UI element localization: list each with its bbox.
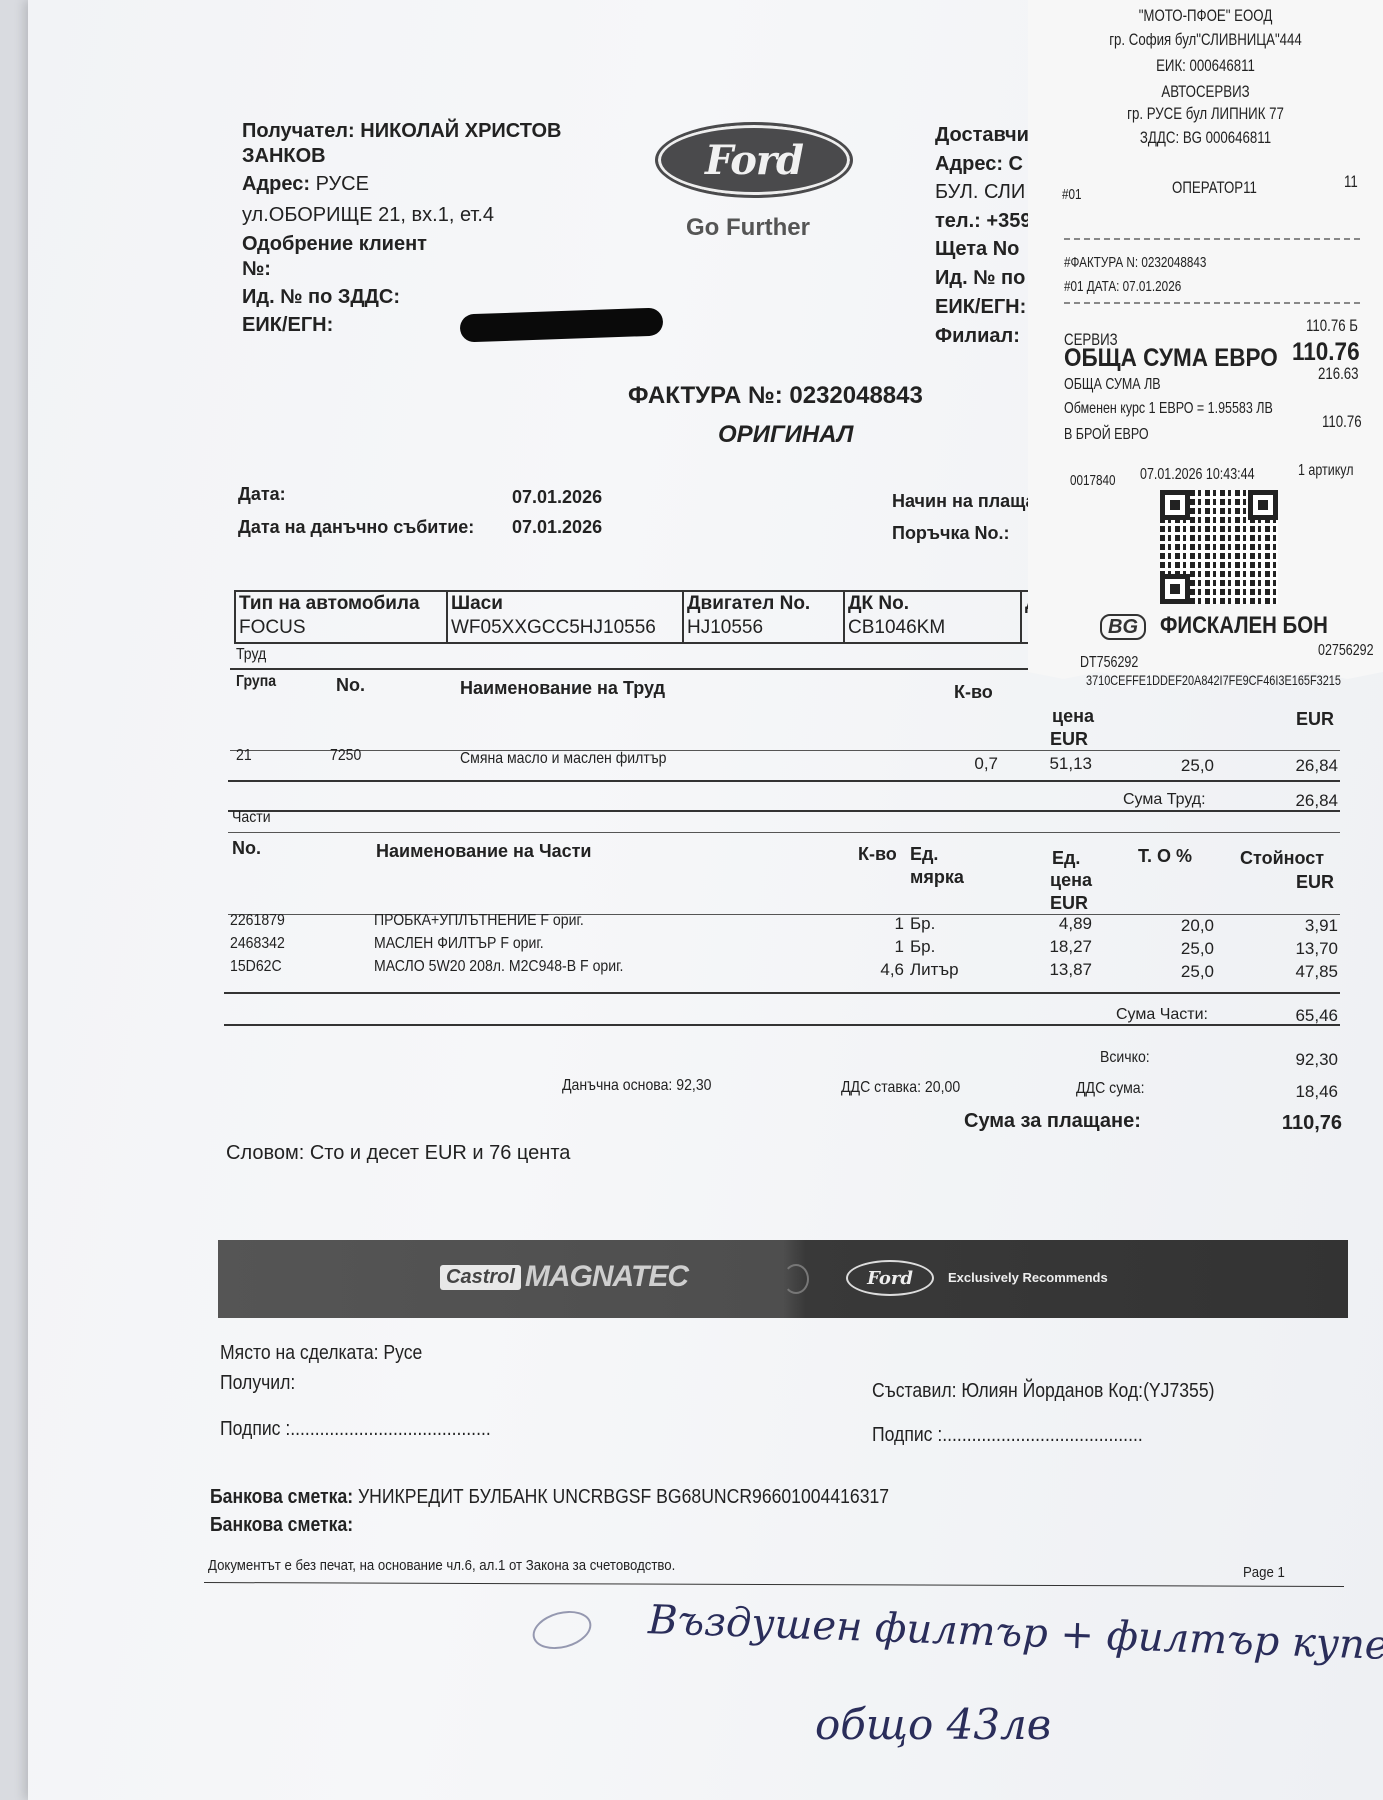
all-total-label: Всичко: — [1100, 1049, 1150, 1067]
parts-row-unit: Литър — [910, 960, 959, 980]
vat-rate-value: 20,00 — [925, 1079, 960, 1096]
registration-header: ДК No. — [848, 593, 1017, 615]
vat-amount-label: ДДС сума: — [1076, 1080, 1145, 1098]
receipt-shop: АВТОСЕРВИЗ — [1067, 82, 1344, 102]
qr-finder — [1248, 490, 1278, 520]
castrol-magnatec-logo: Castrol MAGNATEC — [440, 1262, 688, 1292]
labor-header-no: No. — [336, 675, 365, 696]
supplier-branch-label: Филиал: — [935, 325, 1020, 348]
engine-header: Двигател No. — [687, 593, 840, 615]
divider — [230, 750, 1340, 751]
receipt-total-bgn: 216.63 — [1318, 364, 1359, 384]
labor-header-group: Група — [236, 673, 276, 691]
castrol-logo: Castrol — [440, 1265, 521, 1290]
parts-row-discount: 25,0 — [1140, 939, 1214, 959]
recipient-name-label: Получател: — [242, 120, 355, 142]
receipt-company-address: гр. София бул"СЛИВНИЦА"444 — [1067, 30, 1344, 50]
parts-header-unit-2: мярка — [910, 867, 964, 888]
tax-event-label: Дата на данъчно събитие: — [238, 517, 474, 538]
receipt-shop-address: гр. РУСЕ бул ЛИПНИК 77 — [1067, 104, 1344, 124]
receipt-total-eur: 110.76 — [1292, 338, 1360, 367]
receipt-fiscal-label: ФИСКАЛЕН БОН — [1160, 612, 1328, 640]
parts-row-discount: 25,0 — [1140, 962, 1214, 982]
bank-account-1: Банкова сметка: УНИКРЕДИТ БУЛБАНК UNCRBG… — [210, 1486, 889, 1509]
recipient-name-value: НИКОЛАЙ ХРИСТОВ — [360, 120, 561, 142]
banner-tagline: Exclusively Recommends — [948, 1270, 1108, 1285]
recipient-name-line1: Получател: НИКОЛАЙ ХРИСТОВ — [242, 120, 561, 143]
supplier-address-label: Адрес: С — [935, 153, 1023, 176]
recipient-address: Адрес: РУСЕ — [242, 173, 369, 196]
receipt-divider — [1064, 238, 1360, 240]
tax-base-label: Данъчна основа: — [562, 1077, 672, 1094]
bank-account-label: Банкова сметка: — [210, 1486, 353, 1508]
labor-row-group: 21 — [236, 747, 252, 765]
labor-row-unit-price: 51,13 — [1030, 754, 1092, 774]
labor-row-discount: 25,0 — [1140, 756, 1214, 776]
parts-header-value-2: EUR — [1296, 872, 1334, 893]
supplier-phone: тел.: +359 — [935, 210, 1031, 233]
labor-row-no: 7250 — [330, 747, 361, 765]
parts-row-unit: Бр. — [910, 937, 935, 957]
signature-left: Подпис :................................… — [220, 1418, 491, 1441]
receipt-device-id: DT756292 — [1080, 654, 1138, 672]
date-label: Дата: — [238, 484, 286, 505]
parts-header-discount: Т. О % — [1138, 846, 1192, 867]
tax-base: Данъчна основа: 92,30 — [562, 1077, 712, 1095]
supplier-label: Доставчи — [935, 124, 1029, 147]
vehicle-engine-cell: Двигател No. HJ10556 — [684, 592, 845, 642]
parts-total-label: Сума Части: — [1116, 1006, 1208, 1024]
handwritten-note-line2: общо 43лв — [815, 1700, 1051, 1749]
receipt-company: "МОТО-ПФОЕ" ЕООД — [1067, 6, 1344, 26]
parts-header-qty: К-во — [858, 844, 897, 865]
receipt-service-amount: 110.76 Б — [1306, 316, 1358, 336]
divider — [224, 992, 1340, 994]
parts-row-value: 3,91 — [1250, 916, 1338, 936]
parts-section-label: Части — [232, 809, 271, 827]
receipt-cash-amount: 110.76 — [1322, 412, 1362, 432]
qr-code — [1160, 490, 1278, 604]
vehicle-type-cell: Тип на автомобила FOCUS — [236, 592, 448, 642]
parts-header-name: Наименование на Части — [376, 841, 592, 862]
recipient-street: ул.ОБОРИЩЕ 21, вх.1, ет.4 — [242, 204, 494, 227]
all-total-value: 92,30 — [1250, 1050, 1338, 1070]
ford-small-logo-text: Ford — [867, 1268, 913, 1289]
castrol-ford-banner: Castrol MAGNATEC Ford Exclusively Recomm… — [218, 1240, 1348, 1318]
parts-row-unit: Бр. — [910, 914, 935, 934]
parts-header-no: No. — [232, 838, 261, 859]
labor-row-value: 26,84 — [1250, 756, 1338, 776]
tax-event-date: 07.01.2026 — [512, 517, 602, 538]
place-of-transaction: Място на сделката: Русе — [220, 1342, 422, 1365]
receipt-fiscal-memory: 02756292 — [1318, 642, 1374, 660]
approval-label: Одобрение клиент — [242, 233, 427, 256]
parts-row-name: МАСЛО 5W20 208л. M2C948-B F ориг. — [374, 958, 623, 976]
ford-small-logo: Ford — [846, 1260, 934, 1296]
qr-finder — [1160, 490, 1190, 520]
divider — [228, 810, 1340, 812]
vehicle-type-value: FOCUS — [239, 617, 443, 639]
amount-due-value: 110,76 — [1230, 1112, 1342, 1135]
recipient-name-line2: ЗАНКОВ — [242, 145, 326, 168]
parts-header-price-2: цена — [1050, 870, 1092, 891]
vat-amount-value: 18,46 — [1250, 1082, 1338, 1102]
vat-rate-label: ДДС ставка: — [841, 1079, 921, 1096]
date-value: 07.01.2026 — [512, 487, 602, 508]
receipt-eik: ЕИК: 000646811 — [1067, 56, 1344, 76]
parts-row-unit-price: 18,27 — [1030, 937, 1092, 957]
parts-row-qty: 1 — [848, 914, 904, 934]
supplier-vat-label: Ид. № по — [935, 267, 1025, 290]
divider — [224, 1024, 1340, 1026]
vehicle-registration-cell: ДК No. CB1046KM — [845, 592, 1022, 642]
receipt-date-line: #01 ДАТА: 07.01.2026 — [1064, 278, 1181, 295]
parts-row-value: 47,85 — [1250, 962, 1338, 982]
receipt-hash: 3710CEFFE1DDEF20A842I7FE9CF46I3E165F3215 — [1086, 672, 1341, 688]
parts-row-qty: 4,6 — [848, 960, 904, 980]
receipt-datetime: 07.01.2026 10:43:44 — [1140, 466, 1255, 484]
receipt-vat: ЗДДС: BG 000646811 — [1067, 128, 1344, 148]
labor-total-label: Сума Труд: — [1123, 791, 1206, 809]
registration-value: CB1046KM — [848, 617, 1017, 639]
receipt-exchange-rate: Обменен курс 1 ЕВРО = 1.95583 ЛВ — [1064, 400, 1273, 418]
receipt-total-bgn-label: ОБЩА СУМА ЛВ — [1064, 376, 1161, 394]
amount-due-label: Сума за плащане: — [964, 1110, 1141, 1133]
receipt-total-eur-label: ОБЩА СУМА ЕВРО — [1064, 344, 1278, 373]
engine-value: HJ10556 — [687, 617, 840, 639]
labor-section-label: Труд — [236, 646, 266, 664]
supplier-accounts-label: Щета No — [935, 238, 1019, 261]
labor-total-value: 26,84 — [1250, 791, 1338, 811]
parts-row-no: 2468342 — [230, 935, 285, 953]
payment-method-label: Начин на плаща — [892, 491, 1036, 512]
vehicle-table: Тип на автомобила FOCUS Шаси WF05XXGCC5H… — [234, 590, 1084, 644]
labor-header-name: Наименование на Труд — [460, 678, 665, 699]
divider — [228, 832, 1340, 833]
vehicle-type-header: Тип на автомобила — [239, 593, 443, 615]
signature-right: Подпис :................................… — [872, 1424, 1143, 1447]
labor-header-value-currency: EUR — [1296, 709, 1334, 730]
receipt-cash-label: В БРОЙ ЕВРО — [1064, 426, 1149, 444]
recipient-vat-label: Ид. № по ЗДДС: — [242, 286, 400, 309]
parts-total-value: 65,46 — [1250, 1006, 1338, 1026]
parts-row-no: 15D62C — [230, 958, 282, 976]
parts-row-name: МАСЛЕН ФИЛТЪР F ориг. — [374, 935, 544, 953]
parts-row-unit-price: 13,87 — [1030, 960, 1092, 980]
receipt-register: #01 — [1062, 186, 1082, 203]
receipt-operator-no: 11 — [1344, 172, 1358, 192]
tax-base-value: 92,30 — [676, 1077, 711, 1094]
parts-header-price: Ед. — [1052, 848, 1080, 869]
parts-row-name: ПРОБКА+УПЛЪТНЕНИЕ F ориг. — [374, 912, 584, 930]
receipt-articles: 1 артикул — [1298, 462, 1354, 480]
amount-in-words: Словом: Сто и десет EUR и 76 цента — [226, 1142, 570, 1165]
supplier-eik-label: ЕИК/ЕГН: — [935, 296, 1026, 319]
bg-badge-icon: BG — [1100, 616, 1146, 639]
receipt-divider — [1064, 302, 1360, 304]
bank-account-2: Банкова сметка: — [210, 1514, 353, 1537]
divider — [228, 780, 1340, 782]
recipient-eik-label: ЕИК/ЕГН: — [242, 314, 333, 337]
receipt-number: 0017840 — [1070, 472, 1116, 489]
receipt-invoice-line: #ФАКТУРА N: 0232048843 — [1064, 254, 1206, 271]
parts-header-unit: Ед. — [910, 844, 938, 865]
vehicle-chassis-cell: Шаси WF05XXGCC5HJ10556 — [448, 592, 684, 642]
parts-row-qty: 1 — [848, 937, 904, 957]
invoice-title: ФАКТУРА №: 0232048843 — [628, 382, 923, 410]
ford-logo-text: Ford — [705, 137, 803, 184]
labor-header-price: цена — [1052, 706, 1094, 727]
magnatec-logo: MAGNATEC — [525, 1260, 688, 1294]
approval-number-label: №: — [242, 258, 271, 281]
address-city: РУСЕ — [316, 173, 369, 195]
parts-row-unit-price: 4,89 — [1030, 914, 1092, 934]
receipt-operator: ОПЕРАТОР11 — [1172, 178, 1257, 198]
page-number: Page 1 — [1243, 1564, 1285, 1581]
received-by-label: Получил: — [220, 1372, 295, 1395]
puzzle-icon — [783, 1264, 809, 1294]
bank-account-value: УНИКРЕДИТ БУЛБАНК UNCRBGSF BG68UNCR96601… — [358, 1486, 889, 1508]
parts-header-price-3: EUR — [1050, 893, 1088, 914]
parts-row-discount: 20,0 — [1140, 916, 1214, 936]
labor-header-qty: К-во — [954, 682, 993, 703]
composed-by: Съставил: Юлиян Йорданов Код:(YJ7355) — [872, 1380, 1214, 1403]
address-label: Адрес: — [242, 173, 310, 195]
labor-header-price-currency: EUR — [1050, 729, 1088, 750]
bg-badge-text: BG — [1100, 614, 1146, 640]
parts-row-value: 13,70 — [1250, 939, 1338, 959]
parts-row-no: 2261879 — [230, 912, 285, 930]
chassis-header: Шаси — [451, 593, 679, 615]
labor-row-qty: 0,7 — [940, 754, 998, 774]
vat-rate: ДДС ставка: 20,00 — [841, 1079, 960, 1097]
parts-header-value: Стойност — [1240, 848, 1324, 869]
order-label: Поръчка No.: — [892, 523, 1010, 544]
ford-logo: Ford — [655, 122, 853, 198]
invoice-copy-type: ОРИГИНАЛ — [718, 421, 853, 449]
labor-row-name: Смяна масло и маслен филтър — [460, 750, 666, 768]
legal-note: Документът е без печат, на основание чл.… — [208, 1557, 675, 1574]
ford-tagline: Go Further — [686, 214, 810, 242]
supplier-address: БУЛ. СЛИ — [935, 181, 1025, 204]
qr-finder — [1160, 574, 1190, 604]
chassis-value: WF05XXGCC5HJ10556 — [451, 617, 679, 639]
